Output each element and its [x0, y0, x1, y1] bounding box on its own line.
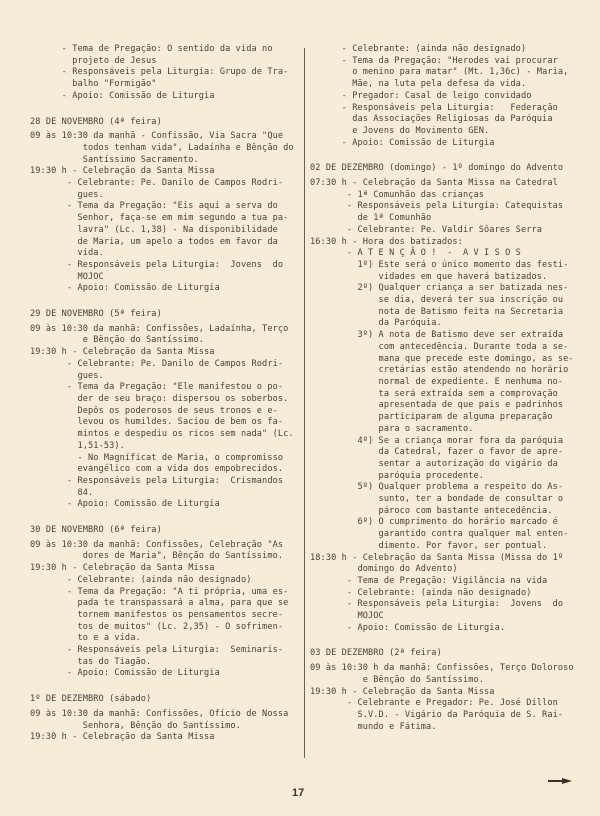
text-line: balho "Formigão" — [30, 79, 298, 91]
text-line: - Apoio: Comissão de Liturgia — [30, 499, 298, 511]
text-line: - Responsáveis pela Liturgia: Jovens do — [30, 260, 298, 272]
spacer — [310, 149, 585, 161]
column-divider — [304, 48, 305, 758]
text-line: das Associações Religiosas da Paróquia — [310, 114, 585, 126]
spacer — [30, 680, 298, 692]
page-number: 17 — [292, 787, 304, 799]
left-column: - Tema de Pregação: O sentido da vida no… — [30, 44, 298, 744]
text-line: 09 às 10:30 h da manhã: Confissões, Terç… — [310, 663, 585, 675]
text-line: tos de muitos" (Lc. 2,35) - O sofrimen- — [30, 622, 298, 634]
text-line: vidades em que haverá batizados. — [310, 272, 585, 284]
text-line: Mãe, na luta pela defesa da vida. — [310, 79, 585, 91]
text-line: evangélico com a vida dos empobrecidos. — [30, 464, 298, 476]
text-line: de Maria, um apelo a todos em favor da — [30, 237, 298, 249]
date-heading: 1º DE DEZEMBRO (sábado) — [30, 694, 298, 706]
text-line: nota de Batismo feita na Secretaria — [310, 307, 585, 319]
text-line: - Celebrante: (ainda não designado) — [310, 44, 585, 56]
text-line: projeto de Jesus — [30, 56, 298, 68]
text-line: 19:30 h - Celebração da Santa Missa — [310, 687, 585, 699]
text-line: Senhora, Bênção do Santíssimo. — [30, 721, 298, 733]
text-line: com antecedência. Durante toda a se- — [310, 342, 585, 354]
text-line: - Tema da Pregação: "Ele manifestou o po… — [30, 382, 298, 394]
text-line: tornem manifestos os pensamentos secre- — [30, 610, 298, 622]
text-line: der de seu braço: dispersou os soberbos. — [30, 394, 298, 406]
text-line: garantido contra qualquer mal enten- — [310, 529, 585, 541]
text-line: 6º) O cumprimento do horário marcado é — [310, 517, 585, 529]
text-line: 18:30 h - Celebração da Santa Missa (Mis… — [310, 553, 585, 565]
text-line: 09 às 10:30 da manhã: Confissões, Ladaín… — [30, 324, 298, 336]
text-line: lavra" (Lc. 1,38) - Na disponibilidade — [30, 225, 298, 237]
date-heading: 30 DE NOVEMBRO (6ª feira) — [30, 525, 298, 537]
text-line: todos tenham vida", Ladaínha e Bênção do — [30, 143, 298, 155]
text-line: Depôs os poderosos de seus tronos e e- — [30, 406, 298, 418]
document-page: - Tema de Pregação: O sentido da vida no… — [0, 0, 600, 816]
text-line: - Apoio: Comissão de Liturgia — [310, 138, 585, 150]
text-line: 19:30 h - Celebração da Santa Missa — [30, 563, 298, 575]
text-line: o menino para matar" (Mt. 1,36c) - Maria… — [310, 67, 585, 79]
text-line: tas do Tiagão. — [30, 657, 298, 669]
right-column: - Celebrante: (ainda não designado) - Te… — [310, 44, 585, 733]
text-line: se dia, deverá ter sua inscrição ou — [310, 295, 585, 307]
text-line: de 1ª Comunhão — [310, 213, 585, 225]
arrow-right-icon — [548, 778, 572, 784]
text-line: 09 às 10:30 da manhã: Confissões, Ofício… — [30, 709, 298, 721]
text-line: dimento. Por favor, ser pontual. — [310, 541, 585, 553]
text-line: dores de Maria", Bênção do Santíssimo. — [30, 551, 298, 563]
text-line: - Celebrante: (ainda não designado) — [30, 575, 298, 587]
text-line: 5º) Qualquer problema a respeito do As- — [310, 482, 585, 494]
text-line: - Apoio: Comissão de Liturgia — [30, 91, 298, 103]
text-line: 1º) Este será o único momento das festi- — [310, 260, 585, 272]
text-line: 1,51-53). — [30, 441, 298, 453]
text-line: - Responsáveis pela Liturgia: Jovens do — [310, 599, 585, 611]
text-line: - Tema da Pregação: "Herodes vai procura… — [310, 56, 585, 68]
text-line: sunto, ter a bondade de consultar o — [310, 494, 585, 506]
text-line: Senhor, faça-se em mim segundo a tua pa- — [30, 213, 298, 225]
text-line: - Apoio: Comissão de Liturgia. — [310, 623, 585, 635]
text-line: Santíssimo Sacramento. — [30, 155, 298, 167]
text-line: - Tema de Pregação: Vigilância na vida — [310, 576, 585, 588]
text-line: - Tema da Pregação: "Eis aqui a serva do — [30, 201, 298, 213]
text-line: ta será extraída sem a comprovação — [310, 389, 585, 401]
text-line: - Apoio: Comissão de Liturgia — [30, 668, 298, 680]
text-line: - Responsáveis pela Liturgia: Crismandos — [30, 476, 298, 488]
text-line: - Apoio: Comissão de Liturgia — [30, 283, 298, 295]
text-line: - 1ª Comunhão das crianças — [310, 190, 585, 202]
text-line: - Celebrante e Pregador: Pe. José Dillon — [310, 698, 585, 710]
text-line: mintos e despediu os ricos sem nada" (Lc… — [30, 429, 298, 441]
text-line: - Celebrante: Pe. Danilo de Campos Rodri… — [30, 178, 298, 190]
text-line: 19:30 h - Celebração da Santa Missa — [30, 166, 298, 178]
text-line: 09 às 10:30 da manhã - Confissão, Via Sa… — [30, 131, 298, 143]
date-heading: 29 DE NOVEMBRO (5ª feira) — [30, 309, 298, 321]
text-line: - A T E N Ç Ã O ! - A V I S O S — [310, 248, 585, 260]
text-line: gues. — [30, 371, 298, 383]
date-heading: 03 DE DEZEMBRO (2ª feira) — [310, 648, 585, 660]
text-line: e Bênção do Santíssimo. — [30, 335, 298, 347]
text-line: sentar a autorização do vigário da — [310, 459, 585, 471]
text-line: 3º) A nota de Batismo deve ser extraída — [310, 330, 585, 342]
text-line: - Pregador: Casal de leigo convidado — [310, 91, 585, 103]
text-line: - Responsáveis pela Liturgia: Federação — [310, 103, 585, 115]
text-line: da Paróquia. — [310, 318, 585, 330]
text-line: levou os humildes. Saciou de bem os fa- — [30, 417, 298, 429]
text-line: mana que precede este domingo, as se- — [310, 354, 585, 366]
spacer — [30, 511, 298, 523]
text-line: cretárias estão atendendo no horário — [310, 365, 585, 377]
text-line: e Bênção do Santíssimo. — [310, 675, 585, 687]
text-line: MOJOC — [30, 272, 298, 284]
text-line: 16:30 h - Hora dos batizados: — [310, 237, 585, 249]
date-heading: 02 DE DEZEMBRO (domingo) - 1º domingo do… — [310, 163, 585, 175]
text-line: MOJOC — [310, 611, 585, 623]
text-line: para o sacramento. — [310, 424, 585, 436]
text-line: - Celebrante: Pe. Danilo de Campos Rodri… — [30, 359, 298, 371]
text-line: domingo do Advento) — [310, 564, 585, 576]
text-line: - Tema da Pregação: "A ti própria, uma e… — [30, 587, 298, 599]
text-line: 2º) Qualquer criança a ser batizada nes- — [310, 283, 585, 295]
text-line: vida. — [30, 248, 298, 260]
text-line: to e a vida. — [30, 633, 298, 645]
text-line: - Tema de Pregação: O sentido da vida no — [30, 44, 298, 56]
text-line: - No Magníficat de Maria, o compromisso — [30, 453, 298, 465]
text-line: - Celebrante: (ainda não designado) — [310, 588, 585, 600]
text-line: 4º) Se a criança morar fora da paróquia — [310, 436, 585, 448]
text-line: - Celebrante: Pe. Valdir Sôares Serra — [310, 225, 585, 237]
text-line: paróquia procedente. — [310, 471, 585, 483]
text-line: gues. — [30, 190, 298, 202]
text-line: 19:30 h - Celebração da Santa Missa — [30, 732, 298, 744]
text-line: 09 às 10:30 da manhã: Confissões, Celebr… — [30, 540, 298, 552]
text-line: - Responsáveis pela Liturgia: Seminaris- — [30, 645, 298, 657]
text-line: normal de expediente. E nenhuma no- — [310, 377, 585, 389]
text-line: participaram de alguma preparação — [310, 412, 585, 424]
spacer — [30, 295, 298, 307]
spacer — [310, 634, 585, 646]
spacer — [30, 103, 298, 115]
text-line: pároco com bastante antecedência. — [310, 506, 585, 518]
text-line: - Responsáveis pela Liturgia: Catequista… — [310, 201, 585, 213]
text-line: da Catedral, fazer o favor de apre- — [310, 447, 585, 459]
date-heading: 28 DE NOVEMBRO (4ª feira) — [30, 117, 298, 129]
text-line: pada te transpassará a alma, para que se — [30, 598, 298, 610]
text-line: mundo e Fátima. — [310, 722, 585, 734]
text-line: S.V.D. - Vigário da Paróquia de S. Rai- — [310, 710, 585, 722]
text-line: 84. — [30, 488, 298, 500]
text-line: 19:30 h - Celebração da Santa Missa — [30, 347, 298, 359]
text-line: apresentada de que pais e padrinhos — [310, 400, 585, 412]
text-line: e Jovens do Movimento GEN. — [310, 126, 585, 138]
text-line: 07:30 h - Celebração da Santa Missa na C… — [310, 178, 585, 190]
text-line: - Responsáveis pela Liturgia: Grupo de T… — [30, 67, 298, 79]
